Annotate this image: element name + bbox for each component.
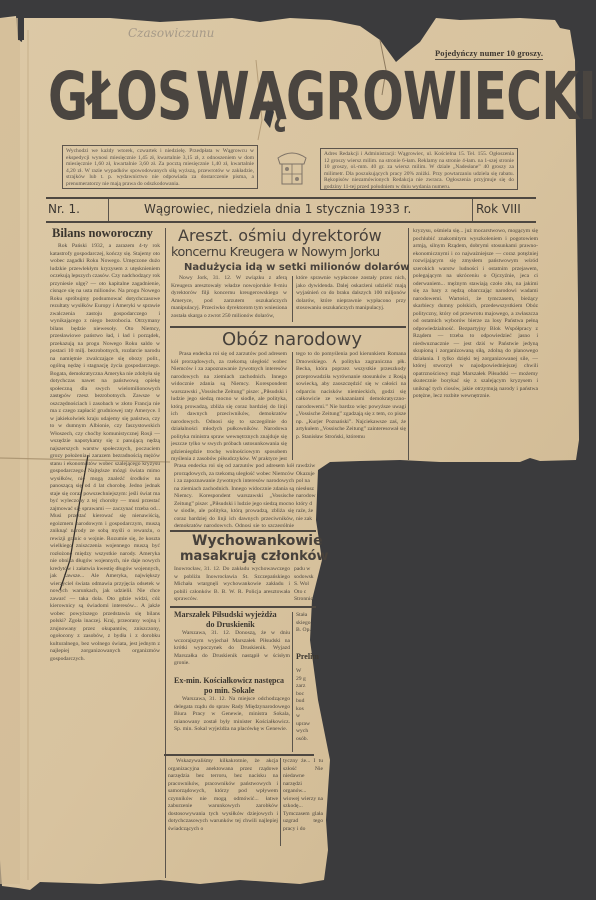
fragment-line: W [296,668,314,676]
article-body-oboz-col2: tego to do pomyślenia pod kierunkiem Rom… [296,351,406,461]
fragment-line: Okazuje [296,471,320,479]
fragment-right-mid: rawdziw Okazuje pol na niesłusz narodow … [296,463,320,527]
divider [170,326,406,328]
fragment-line: Oto c [294,589,320,597]
divider [472,199,473,221]
fragment-line: który d [296,501,320,509]
fragment-line: B. Op. [296,627,316,635]
fragment-line: w [296,713,314,721]
divider [46,221,536,223]
fragment-line: kos [296,706,314,714]
fragment-line: rawdziw [296,463,320,471]
article-title-marszalek-1: Marszałek Piłsudski wyjeżdża [174,610,277,619]
fragment-line: pol na [296,478,320,486]
article-title-kosciolkowicz-1: Ex-min. Kościałkowicz następca [174,676,284,685]
divider [164,754,314,756]
article-title-areszt-2: koncernu Kreugera w Nowym Jorku [171,245,380,260]
fragment-line: bud [296,698,314,706]
fragment-line: Stała [296,612,316,620]
fragment-line: padu w [294,566,320,574]
article-body-bilans: Rok Pański 1932, a zarazem 4-ty rok kata… [50,243,160,879]
fragment-line: zarz [296,683,314,691]
editorial-info-box: Adres Redakcji i Administracji: Wągrowie… [320,148,518,190]
fragment-line: skiego [296,620,316,628]
fragment-line: raźe, że [296,508,320,516]
divider [170,530,316,532]
subscription-info-box: Wychodzi we każdy wtorek, czwartek i nie… [62,145,258,189]
column-rule [292,276,293,322]
article-body-wskazywalismy: Wskazywaliśmy kilkakrotnie, że akcja org… [168,758,278,844]
fragment-right-mid-4: W 29 g zarz boc bud kos w upraw wych osó… [296,668,314,746]
article-title-wychowankowie-2: masakrują członków [180,549,328,564]
article-body-wychowankowie: Inowrocław, 31. 12. Do zakładu wychowawc… [174,566,290,604]
divider [108,199,109,221]
fragment-right-mid-2: padu w sodowsk S. Wol Oto c Stronnic [294,566,320,604]
fragment-line: niesłusz [296,486,320,494]
column-rule [165,228,166,878]
article-body-right-column: kryzysu, ośmiela się... już mocarstwowo,… [413,228,538,460]
fragment-line: Stronnic [294,596,320,604]
fragment-line: osób. [296,736,314,744]
fragment-line: wych [296,728,314,736]
article-body-oboz-continued: Prasa endecka roi się od zarzutów pod ad… [174,463,294,527]
article-title-marszalek-2: do Druskienik [206,620,255,629]
fragment-line: 29 g [296,676,314,684]
column-rule [292,612,293,752]
issue-number: Nr. 1. [48,202,80,216]
fragment-line: S. Wol [294,581,320,589]
column-rule [280,758,281,846]
article-body-areszt-col1: Nowy Jork, 31. 12. W związku z aferą Kre… [171,275,287,323]
newspaper-page: Czasowiczunu Pojedyńczy numer 10 groszy.… [0,0,596,900]
article-title-areszt-1: Areszt. ośmiu dyrektorów [178,226,382,245]
fragment-line: narodow [296,493,320,501]
fragment-right-mid-3: Stała skiego B. Op. [296,612,316,636]
masthead-title: GŁOS WĄGROWIECKI [48,60,409,134]
divider [170,606,316,608]
article-body-marszalek: Warszawa, 31. 12. Donoszą, że w dniu wcz… [174,630,290,670]
article-title-oboz: Obóz narodowy [222,329,362,350]
year-label: Rok VIII [476,202,521,216]
article-body-kosciolkowicz: Warszawa, 31. 12. Na miejsce odchodząceg… [174,696,290,748]
fragment-heading-prelim: Prelim [296,652,319,661]
coat-of-arms-icon [272,148,312,190]
article-title-bilans: Bilans noworoczny [52,226,153,241]
dateline: Wągrowiec, niedziela dnia 1 stycznia 193… [144,202,411,216]
article-body-oboz-col1: Prasa endecka roi się od zarzutów pod ad… [171,351,287,461]
article-subtitle-areszt: Nadużycia idą w setki milionów dolarów [184,262,409,273]
column-rule [292,352,293,460]
fragment-bottom-right: tyczny że... I tu szłość Nie niedawne na… [283,758,323,844]
fragment-line: nie zak [296,516,320,524]
editorial-info-text: Adres Redakcji i Administracji: Wągrowie… [324,151,514,190]
article-title-wychowankowie-1: Wychowankowie [192,533,323,549]
fragment-line: sodowsk [294,574,320,582]
fragment-line: boc [296,691,314,699]
fragment-line: upraw [296,721,314,729]
pencil-annotation: Czasowiczunu [128,26,214,40]
divider [46,197,536,199]
article-title-kosciolkowicz-2: po min. Sokale [204,686,254,695]
article-body-areszt-col2: które sprawnie wypłacone zostały przez n… [296,275,406,323]
subscription-info-text: Wychodzi we każdy wtorek, czwartek i nie… [66,148,254,187]
